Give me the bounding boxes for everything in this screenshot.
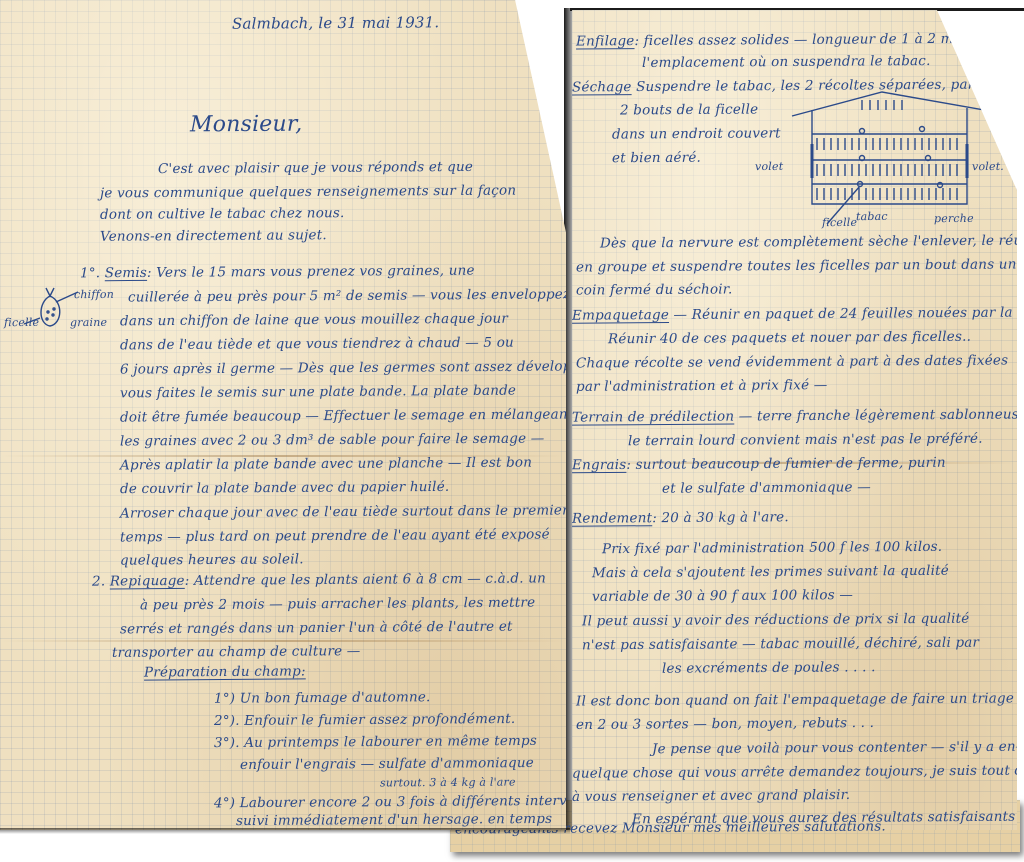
after-drying-line-2: en groupe et suspendre toutes les ficell… — [576, 256, 1017, 275]
prix-line-2: Mais à cela s'ajoutent les primes suivan… — [592, 563, 949, 581]
step-3-note: surtout. 3 à 4 kg à l'are — [380, 776, 516, 790]
sketch-label-graine: graine — [70, 316, 107, 329]
step-1: 1°) Un bon fumage d'automne. — [214, 689, 431, 707]
letter-page-right: Enfilage: ficelles assez solides — longu… — [572, 10, 1017, 830]
prix-line-5: n'est pas satisfaisante — tabac mouillé,… — [582, 635, 979, 654]
terrain-line-1: Terrain de prédilection — terre franche … — [572, 406, 1024, 425]
seed-bag-sketch — [34, 284, 74, 330]
closing-line-3: Je pense que voilà pour vous contenter —… — [652, 739, 1021, 758]
terrain-heading: Terrain de prédilection — [572, 409, 734, 426]
page-shadow — [0, 828, 570, 834]
section1-line-8: les graines avec 2 ou 3 dm³ de sable pou… — [120, 431, 545, 450]
intro-line-2: je vous communique quelques renseignemen… — [100, 183, 516, 202]
section1-line-6: vous faites le semis sur une plate bande… — [120, 383, 516, 402]
empaquetage-line-3: Chaque récolte se vend évidemment à part… — [576, 352, 1008, 371]
prix-line-3: variable de 30 à 90 f aux 100 kilos — — [592, 587, 853, 605]
sechage-line-2: 2 bouts de la ficelle — [620, 102, 758, 119]
salutation: Monsieur, — [190, 112, 303, 138]
prix-line-4: Il peut aussi y avoir des réductions de … — [582, 611, 970, 630]
section1-line-13: quelques heures au soleil. — [120, 551, 304, 568]
empaquetage-heading: Empaquetage — [572, 307, 669, 324]
engrais-heading: Engrais — [572, 457, 626, 473]
section1-line-12: temps — plus tard on peut prendre de l'e… — [120, 526, 550, 545]
drying-shed-diagram — [792, 86, 1012, 226]
intro-line-4: Venons-en directement au sujet. — [100, 227, 327, 245]
closing-line-2: en 2 ou 3 sortes — bon, moyen, rebuts . … — [576, 715, 874, 733]
diagram-label-tabac: tabac — [856, 210, 888, 223]
step-4: 4°) Labourer encore 2 ou 3 fois à différ… — [214, 793, 600, 812]
rendement-heading: Rendement — [572, 510, 652, 527]
intro-line-3: dont on cultive le tabac chez nous. — [100, 205, 345, 223]
letter-page-left: Salmbach, le 31 mai 1931. Monsieur, C'es… — [0, 0, 566, 830]
section2-line-2: à peu près 2 mois — puis arracher les pl… — [140, 595, 535, 614]
section1-line-9: Après aplatir la plate bande avec une pl… — [120, 455, 532, 474]
empaquetage-line-1: Empaquetage — Réunir en paquet de 24 feu… — [572, 304, 1024, 323]
sechage-line-3: dans un endroit couvert — [612, 125, 781, 142]
section1-line-11: Arroser chaque jour avec de l'eau tiède … — [120, 502, 569, 521]
dateline: Salmbach, le 31 mai 1931. — [232, 13, 439, 32]
intro-line-1: C'est avec plaisir que je vous réponds e… — [158, 159, 473, 177]
diagram-label-volet-left: volet — [755, 160, 783, 173]
closing-line-4: quelque chose qui vous arrête demandez t… — [572, 762, 1024, 781]
empaquetage-line-4: par l'administration et à prix fixé — — [576, 377, 828, 395]
sketch-label-ficelle: ficelle — [4, 316, 39, 329]
section2-line-1: 2. Repiquage: Attendre que les plants ai… — [92, 570, 546, 589]
diagram-label-ficelle: ficelle — [822, 216, 857, 229]
section1-line-10: de couvrir la plate bande avec du papier… — [120, 479, 449, 497]
after-drying-line-1: Dès que la nervure est complètement sèch… — [600, 232, 1024, 251]
closing-line-1: Il est donc bon quand on fait l'empaquet… — [576, 690, 1014, 709]
repiquage-heading: Repiquage — [110, 573, 185, 590]
section1-line-7: doit être fumée beaucoup — Effectuer le … — [120, 406, 573, 425]
prix-line-1: Prix fixé par l'administration 500 f les… — [602, 539, 942, 557]
diagram-label-volet-right: volet. — [972, 160, 1004, 173]
engrais-line-1: Engrais: surtout beaucoup de fumier de f… — [572, 455, 946, 474]
paper-fold — [0, 640, 566, 642]
step-2: 2°). Enfouir le fumier assez profondémen… — [214, 711, 515, 729]
section1-line-3: dans un chiffon de laine que vous mouill… — [120, 311, 508, 330]
sechage-line-4: et bien aéré. — [612, 150, 701, 167]
preparation-subheading: Préparation du champ: — [144, 663, 306, 680]
enfilage-line-2: l'emplacement où on suspendra le tabac. — [642, 53, 931, 71]
enfilage-heading: Enfilage — [576, 33, 635, 49]
rendement-line: Rendement: 20 à 30 kg à l'are. — [572, 509, 789, 527]
section2-line-3: serrés et rangés dans un panier l'un à c… — [120, 619, 513, 638]
semis-heading: Semis — [105, 265, 147, 281]
sketch-label-chiffon: chiffon — [74, 288, 114, 301]
diagram-label-perche: perche — [934, 212, 974, 225]
after-drying-line-3: coin fermé du séchoir. — [576, 281, 733, 298]
section1-line-5: 6 jours après il germe — Dès que les ger… — [120, 358, 596, 377]
section2-line-4: transporter au champ de culture — — [112, 643, 361, 661]
step-3: 3°). Au printemps le labourer en même te… — [214, 733, 537, 751]
empaquetage-line-2: Réunir 40 de ces paquets et nouer par de… — [608, 329, 971, 348]
section1-line-4: dans de l'eau tiède et que vous tiendrez… — [120, 335, 514, 354]
step-3-cont: enfouir l'engrais — sulfate d'ammoniaque — [240, 755, 534, 773]
engrais-line-2: et le sulfate d'ammoniaque — — [662, 479, 871, 496]
closing-line-5: à vous renseigner et avec grand plaisir. — [572, 787, 850, 805]
step-4-cont-1: suivi immédiatement d'un hersage. en tem… — [236, 811, 552, 829]
prix-line-6: les excréments de poules . . . . — [662, 659, 876, 676]
section1-line-1: 1°. Semis: Vers le 15 mars vous prenez v… — [80, 263, 475, 282]
enfilage-line-1: Enfilage: ficelles assez solides — longu… — [576, 30, 1009, 49]
terrain-line-2: le terrain lourd convient mais n'est pas… — [628, 431, 983, 449]
section1-line-2: cuillerée à peu près pour 5 m² de semis … — [128, 286, 570, 305]
sechage-heading: Séchage — [572, 79, 632, 95]
